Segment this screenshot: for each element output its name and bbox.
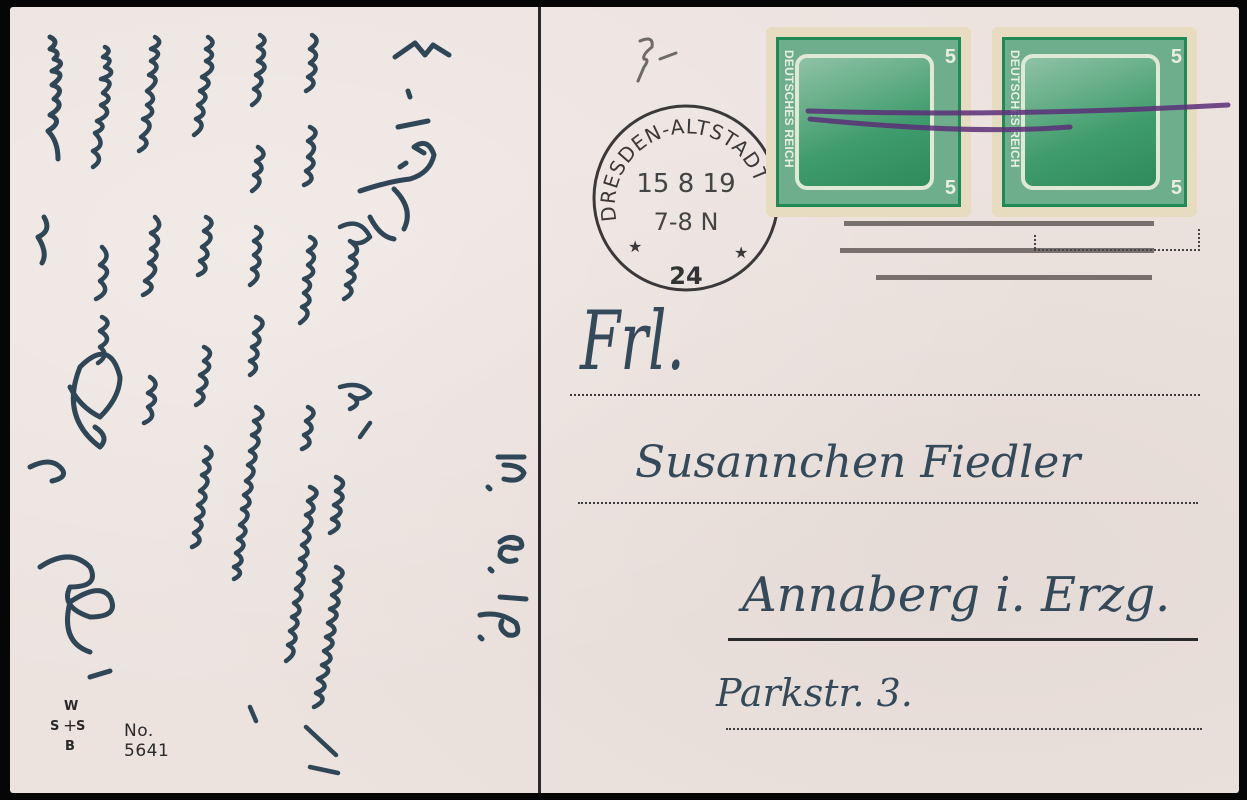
address-title: Frl. (580, 293, 685, 388)
postmark: DRESDEN-ALTSTADT 15 8 19 7-8 N ★ ★ 24 (588, 100, 784, 292)
pen-cancel-mark (800, 97, 1240, 147)
svg-text:★: ★ (628, 239, 642, 256)
center-divider (538, 7, 541, 793)
catalog-number: No. 5641 (124, 721, 169, 761)
svg-text:24: 24 (669, 262, 702, 290)
recipient-name: Susannchen Fiedler (635, 437, 1080, 488)
svg-text:★: ★ (734, 245, 748, 262)
svg-text:7-8 N: 7-8 N (654, 208, 719, 236)
publisher-logo: W S + S B (48, 699, 98, 761)
cancel-bar (844, 221, 1154, 226)
cancel-bar (876, 275, 1152, 280)
postcard: W S + S B No. 5641 DRESDEN-ALTSTADT 15 8… (10, 7, 1239, 793)
address-line (578, 502, 1198, 504)
pencil-note (630, 29, 690, 89)
address-underline (728, 638, 1198, 641)
handwritten-message (10, 7, 538, 793)
recipient-city: Annaberg i. Erzg. (742, 567, 1170, 623)
address-line (570, 394, 1200, 396)
svg-text:15 8 19: 15 8 19 (636, 169, 735, 199)
recipient-street: Parkstr. 3. (716, 671, 913, 715)
address-line (726, 728, 1202, 730)
